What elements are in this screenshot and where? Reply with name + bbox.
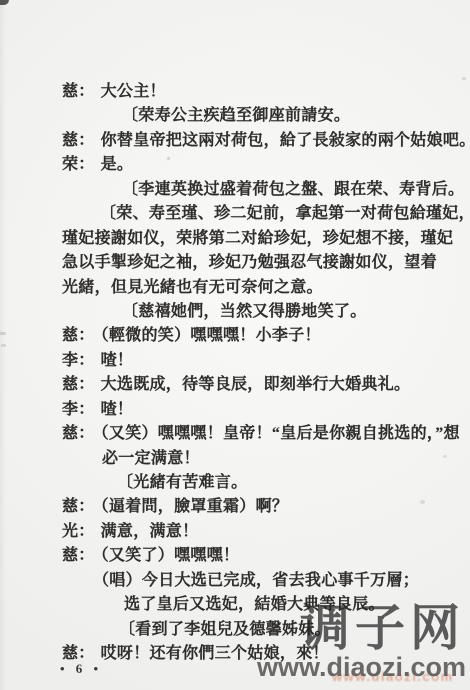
script-line: 〔李連英换过盛着荷包之盤、跟在荣、寿背后。: [0, 178, 470, 202]
script-line: （唱）今日大选已完成，省去我心事千万層；: [0, 569, 470, 593]
script-line: 荣：是。: [0, 153, 470, 177]
script-line: 必一定满意！: [0, 447, 470, 471]
script-line: 慈：（又笑）嘿嘿嘿！皇帝！“皇后是你親自挑选的，”想: [0, 422, 470, 446]
line-text: 〔李連英换过盛着荷包之盤、跟在荣、寿背后。: [122, 181, 464, 198]
line-text: 〔光緒有苦难言。: [117, 474, 247, 491]
paper-speck: [0, 332, 6, 335]
paper-speck: [462, 77, 466, 80]
speaker-label: 李：: [62, 352, 95, 369]
script-line: 〔荣寿公主疾趋至御座前請安。: [0, 104, 470, 128]
script-line: 〔慈禧她們，当然又得勝地笑了。: [0, 300, 470, 324]
script-line: 慈：大选既成，待等良辰，即刻举行大婚典礼。: [0, 373, 470, 397]
speaker-label: 慈：: [62, 83, 95, 100]
script-line: 李：喳！: [0, 398, 470, 422]
line-text: 大公主！: [101, 83, 166, 100]
speaker-label: 慈：: [62, 132, 95, 149]
page-number: • 6 •: [60, 661, 102, 677]
speaker-label: 慈：: [62, 547, 95, 564]
line-text: 必一定满意！: [102, 450, 200, 467]
script-line: 慈：你替皇帝把这兩对荷包，給了長敍家的兩个姑娘吧。: [0, 129, 470, 153]
paper-speck: [0, 0, 9, 5]
line-text: （逼着問，臉罩重霜）啊？: [101, 498, 289, 515]
script-line: 李：喳！: [0, 349, 470, 373]
paper-speck: [203, 231, 206, 234]
line-text: 〔荣、寿至瑾、珍二妃前，拿起第一对荷包給瑾妃，: [100, 205, 470, 222]
line-text: 光緒，但見光緒也有无可奈何之意。: [62, 279, 323, 296]
script-line: 光：满意，满意！: [0, 520, 470, 544]
line-text: 〔荣寿公主疾趋至御座前請安。: [122, 107, 350, 124]
speaker-label: 慈：: [62, 376, 95, 393]
script-line: 〔光緒有苦难言。: [0, 471, 470, 495]
watermark-site-name: 调子网: [300, 600, 465, 656]
line-text: （唱）今日大选已完成，省去我心事千万層；: [93, 572, 419, 589]
speaker-label: 慈：: [62, 498, 95, 515]
speaker-label: 光：: [62, 523, 95, 540]
line-text: 满意，满意！: [101, 523, 199, 540]
line-text: 是。: [101, 156, 134, 173]
line-text: 瑾妃接謝如仪，荣將第二对給珍妃，珍妃想不接，瑾妃: [62, 230, 453, 247]
speaker-label: 慈：: [62, 645, 95, 662]
line-text: 〔慈禧她們，当然又得勝地笑了。: [122, 303, 367, 320]
script-line: 急以手掣珍妃之袖，珍妃乃勉强忍气接謝如仪，望着: [0, 251, 470, 275]
script-line: 光緒，但見光緒也有无可奈何之意。: [0, 276, 470, 300]
script-line: 慈：（輕微的笑）嘿嘿嘿！小李子！: [0, 324, 470, 348]
line-text: （又笑）嘿嘿嘿！皇帝！“皇后是你親自挑选的，”想: [101, 425, 460, 442]
speaker-label: 慈：: [62, 327, 95, 344]
script-line: 瑾妃接謝如仪，荣將第二对給珍妃，珍妃想不接，瑾妃: [0, 227, 470, 251]
paper-speck: [1, 344, 6, 347]
line-text: 喳！: [101, 352, 134, 369]
scanned-script-page: 慈：大公主！〔荣寿公主疾趋至御座前請安。慈：你替皇帝把这兩对荷包，給了長敍家的兩…: [0, 0, 470, 690]
speaker-label: 慈：: [62, 425, 95, 442]
script-line: 慈：（逼着問，臉罩重霜）啊？: [0, 495, 470, 519]
line-text: 大选既成，待等良辰，即刻举行大婚典礼。: [101, 376, 411, 393]
speaker-label: 荣：: [62, 156, 95, 173]
script-body: 慈：大公主！〔荣寿公主疾趋至御座前請安。慈：你替皇帝把这兩对荷包，給了長敍家的兩…: [0, 80, 470, 667]
script-line: 〔荣、寿至瑾、珍二妃前，拿起第一对荷包給瑾妃，: [0, 202, 470, 226]
paper-speck: [420, 500, 425, 504]
line-text: （輕微的笑）嘿嘿嘿！小李子！: [101, 327, 321, 344]
line-text: 急以手掣珍妃之袖，珍妃乃勉强忍气接謝如仪，望着: [62, 254, 437, 271]
watermark-site-url: www.diaozi.com: [257, 651, 466, 683]
line-text: （又笑了）嘿嘿嘿！: [101, 547, 240, 564]
line-text: 喳！: [101, 401, 134, 418]
speaker-label: 李：: [62, 401, 95, 418]
paper-speck: [167, 157, 170, 160]
script-line: 慈：大公主！: [0, 80, 470, 104]
paper-speck: [443, 455, 447, 458]
line-text: 你替皇帝把这兩对荷包，給了長敍家的兩个姑娘吧。: [101, 132, 470, 149]
script-line: 慈：（又笑了）嘿嘿嘿！: [0, 544, 470, 568]
